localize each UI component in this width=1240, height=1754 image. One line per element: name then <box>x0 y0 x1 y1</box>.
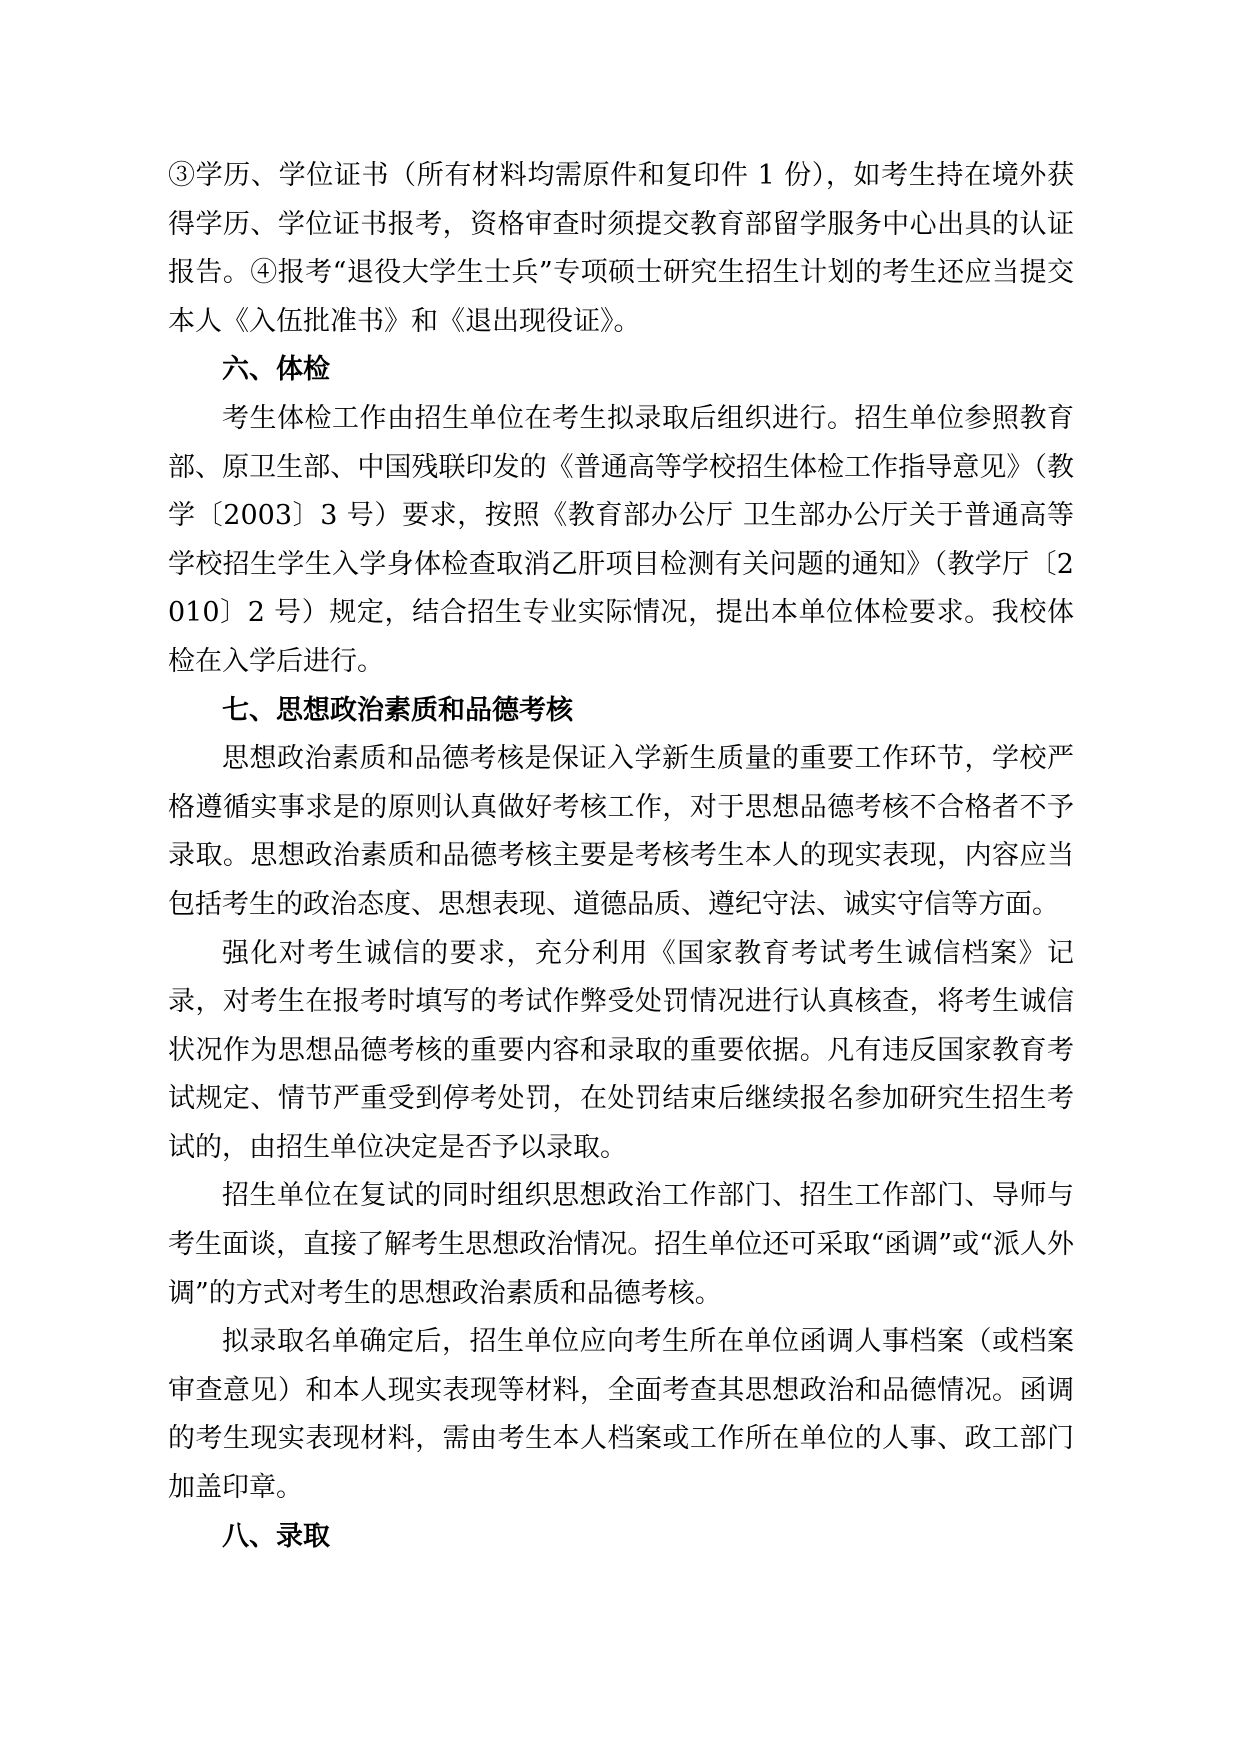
section-heading-6-physical-exam: 六、体检 <box>168 346 1074 395</box>
paragraph-interview-methods: 招生单位在复试的同时组织思想政治工作部门、招生工作部门、导师与考生面谈，直接了解… <box>168 1172 1074 1318</box>
paragraph-physical-exam: 考生体检工作由招生单位在考生拟录取后组织进行。招生单位参照教育部、原卫生部、中国… <box>168 395 1074 687</box>
paragraph-archive-verification: 拟录取名单确定后，招生单位应向考生所在单位函调人事档案（或档案审查意见）和本人现… <box>168 1318 1074 1512</box>
paragraph-continuation-credentials: ③学历、学位证书（所有材料均需原件和复印件 1 份），如考生持在境外获得学历、学… <box>168 152 1074 346</box>
section-heading-7-ideological-assessment: 七、思想政治素质和品德考核 <box>168 687 1074 736</box>
document-page: ③学历、学位证书（所有材料均需原件和复印件 1 份），如考生持在境外获得学历、学… <box>0 0 1240 1754</box>
paragraph-ideological-assessment-overview: 思想政治素质和品德考核是保证入学新生质量的重要工作环节，学校严格遵循实事求是的原… <box>168 735 1074 929</box>
section-heading-8-admission: 八、录取 <box>168 1513 1074 1562</box>
paragraph-integrity-records: 强化对考生诚信的要求，充分利用《国家教育考试考生诚信档案》记录，对考生在报考时填… <box>168 930 1074 1173</box>
